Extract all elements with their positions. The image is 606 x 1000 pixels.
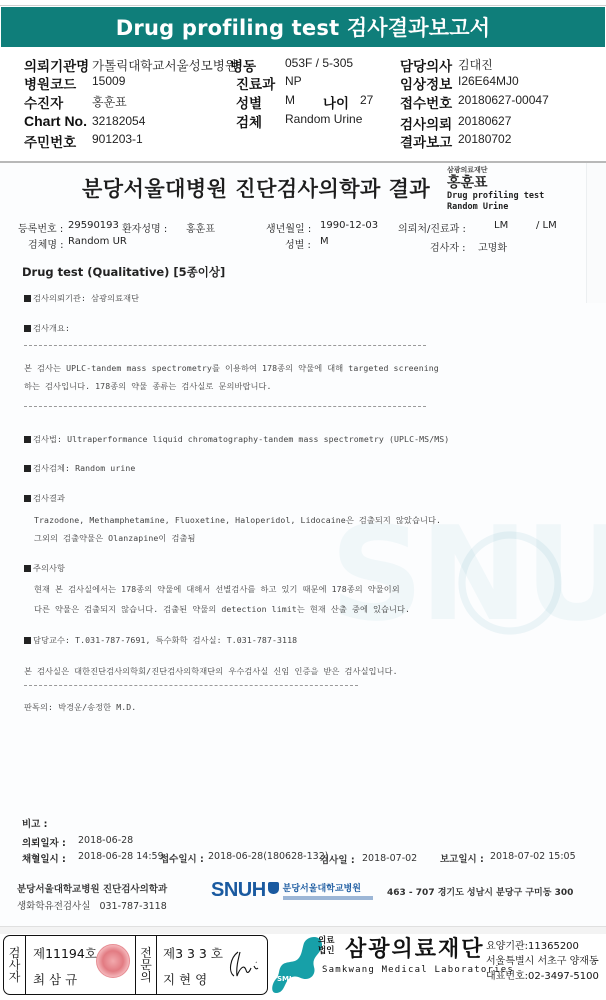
reg-no: 29590193 bbox=[68, 220, 119, 231]
patient-label: 수진자 bbox=[24, 92, 63, 112]
request-date-label: 의뢰일자 : bbox=[22, 838, 66, 849]
signature-box: 검 사 자 제11194호 최 삼 규 전 문 의 제3 3 3 호 지 현 영 bbox=[3, 935, 268, 995]
caution-heading: 주의사항 bbox=[24, 563, 65, 574]
dashed-divider bbox=[24, 685, 358, 686]
report-title: Drug profiling test 검사결과보고서 bbox=[116, 12, 490, 42]
tester-name: 최 삼 규 bbox=[33, 970, 77, 988]
receipt-no-label: 접수번호 bbox=[400, 92, 452, 112]
snuh-logo: SNUH 분당서울대학교병원 bbox=[211, 879, 373, 902]
dashed-divider bbox=[24, 406, 426, 407]
bullet-icon bbox=[24, 325, 31, 332]
result-report: 20180702 bbox=[458, 132, 511, 146]
overview-heading: 검사개요: bbox=[24, 323, 70, 334]
sample-stamp: 삼광의료재단 홍훈표 Drug profiling test Random Ur… bbox=[447, 165, 557, 213]
sml-phone: 대표번호:02-3497-5100 bbox=[486, 967, 599, 982]
report-time: 2018-07-02 15:05 bbox=[490, 851, 576, 862]
collection-time: 2018-06-28 14:59 bbox=[78, 851, 164, 862]
tester-vertical-label: 검 사 자 bbox=[4, 936, 26, 994]
footer-gap bbox=[0, 926, 606, 934]
report-title-bar: Drug profiling test 검사결과보고서 bbox=[1, 7, 605, 47]
snuh-emblem-icon bbox=[268, 882, 279, 894]
sex-label: 성별 bbox=[236, 92, 262, 112]
result-line-2: 그외의 검출약물은 Olanzapine이 검출됨 bbox=[34, 533, 196, 544]
collection-row: 채혈일시 : bbox=[22, 851, 66, 865]
hospital-code: 15009 bbox=[92, 74, 125, 88]
specimen-name: Random UR bbox=[68, 236, 127, 247]
doctor: 김대진 bbox=[458, 56, 493, 73]
test-request-label: 검사의뢰 bbox=[400, 113, 452, 133]
hospital-code-label: 병원코드 bbox=[24, 73, 76, 93]
certification-line: 본 검사실은 대한진단검사의학회/진단검사의학재단의 우수검사실 신임 인증을 … bbox=[24, 666, 398, 677]
ref-dept-2: / LM bbox=[536, 220, 557, 231]
section-title: Drug test (Qualitative) [5종이상] bbox=[22, 264, 225, 280]
overview-line-2: 하는 검사입니다. 178종의 약물 종류는 검사실로 문의바랍니다. bbox=[24, 381, 272, 392]
scan-edge bbox=[586, 163, 606, 303]
institution-line: 검사의뢰기관: 삼광의료재단 bbox=[24, 293, 139, 304]
result-heading: 검사결과 bbox=[24, 493, 65, 504]
report-sex: M bbox=[320, 236, 329, 247]
ward: 053F / 5-305 bbox=[285, 56, 353, 70]
bullet-icon bbox=[24, 465, 31, 472]
sml-address: 서울특별시 서초구 양재동 bbox=[486, 952, 599, 967]
chart-no-label: Chart No. bbox=[24, 113, 87, 129]
department: NP bbox=[285, 74, 302, 88]
scanned-report: SNUH 분당서울대병원 진단검사의학과 결과 삼광의료재단 홍훈표 Drug … bbox=[0, 163, 606, 926]
sml-care-code: 요양기관:11365200 bbox=[486, 937, 579, 952]
chart-no: 32182054 bbox=[92, 114, 145, 128]
specimen-label: 검체 bbox=[236, 111, 262, 131]
dob-label: 생년월일 : bbox=[266, 220, 311, 235]
dob: 1990-12-03 bbox=[320, 220, 378, 231]
stamp-specimen: Random Urine bbox=[447, 202, 557, 213]
receipt-time: 2018-06-28(180628-132) bbox=[208, 851, 328, 862]
result-report-label: 결과보고 bbox=[400, 131, 452, 151]
bullet-icon bbox=[24, 495, 31, 502]
patient-name-label: 환자성명 : bbox=[122, 220, 167, 235]
test-request: 20180627 bbox=[458, 114, 511, 128]
bullet-icon bbox=[24, 637, 31, 644]
stamp-name: 홍훈표 bbox=[447, 175, 557, 191]
department-label: 진료과 bbox=[236, 73, 275, 93]
reader-line: 판독의: 박경운/송정한 M.D. bbox=[24, 702, 136, 713]
age: 27 bbox=[360, 93, 373, 107]
ward-label: 병동 bbox=[230, 55, 256, 75]
bullet-icon bbox=[24, 565, 31, 572]
header-info: 의뢰기관명 가톨릭대학교서울성모병원 병동 053F / 5-305 담당의사 … bbox=[0, 50, 606, 150]
stamp-org: 삼광의료재단 bbox=[447, 165, 557, 175]
receipt-time-label: 접수일시 : bbox=[160, 851, 204, 865]
hospital-address: 463 - 707 경기도 성남시 분당구 구미동 300 bbox=[387, 885, 573, 898]
report-time-label: 보고일시 : bbox=[440, 851, 484, 865]
red-seal-stamp-icon bbox=[96, 944, 130, 978]
method-line: 검사법: Ultraperformance liquid chromatogra… bbox=[24, 434, 449, 445]
specimen-name-label: 검체명 : bbox=[28, 236, 64, 251]
sml-name: 삼광의료재단 bbox=[345, 932, 485, 963]
test-date: 2018-07-02 bbox=[362, 853, 417, 864]
resident-no-label: 주민번호 bbox=[24, 131, 76, 151]
sml-org-type: 의료 법인 bbox=[318, 936, 334, 956]
dashed-divider bbox=[24, 345, 426, 346]
collection-label: 채혈일시 : bbox=[22, 854, 66, 865]
specialist-license: 제3 3 3 호 bbox=[163, 944, 223, 962]
contact-line: 담당교수: T.031-787-7691, 특수화학 검사실: T.031-78… bbox=[24, 635, 297, 646]
stamp-test: Drug profiling test bbox=[447, 191, 557, 202]
specialist-vertical-label: 전 문 의 bbox=[135, 936, 157, 994]
specimen-line: 검사검체: Random urine bbox=[24, 463, 135, 474]
caution-line-2: 다른 약물은 검출되지 않습니다. 검출된 약물의 detection limi… bbox=[34, 604, 410, 615]
request-date: 2018-06-28 bbox=[78, 835, 133, 846]
requesting-institution: 가톨릭대학교서울성모병원 bbox=[92, 56, 237, 74]
ref-dept: LM bbox=[494, 220, 508, 231]
bullet-icon bbox=[24, 295, 31, 302]
request-date-row: 의뢰일자 : 2018-06-28 bbox=[22, 835, 66, 849]
snuh-english-name bbox=[283, 896, 373, 900]
patient-name: 홍훈표 bbox=[186, 220, 215, 235]
requesting-institution-label: 의뢰기관명 bbox=[24, 55, 89, 75]
age-label: 나이 bbox=[323, 92, 349, 112]
hospital-dept: 분당서울대학교병원 진단검사의학과 bbox=[17, 881, 167, 895]
caution-line-1: 현재 본 검사실에서는 178종의 약물에 대해서 선별검사를 하고 있기 때문… bbox=[34, 584, 400, 595]
report-hospital-title: 분당서울대병원 진단검사의학과 결과 bbox=[82, 173, 430, 203]
result-line-1: Trazodone, Methamphetamine, Fluoxetine, … bbox=[34, 515, 441, 526]
patient: 홍훈표 bbox=[92, 93, 127, 110]
top-border bbox=[0, 0, 606, 6]
report-sex-label: 성별 : bbox=[285, 236, 311, 251]
snuh-emblem-watermark-icon bbox=[450, 523, 570, 643]
clinical-info: I26E64MJ0 bbox=[458, 74, 519, 88]
doctor-label: 담당의사 bbox=[400, 55, 452, 75]
tester-license: 제11194호 bbox=[33, 944, 97, 962]
specimen: Random Urine bbox=[285, 112, 362, 126]
overview-line-1: 본 검사는 UPLC-tandem mass spectrometry를 이용하… bbox=[24, 363, 439, 374]
sex: M bbox=[285, 93, 295, 107]
remarks: 비고 : bbox=[22, 816, 47, 830]
svg-text:SML: SML bbox=[277, 975, 294, 983]
specialist-name: 지 현 영 bbox=[163, 970, 207, 988]
bullet-icon bbox=[24, 436, 31, 443]
reg-no-label: 등록번호 : bbox=[18, 220, 63, 235]
receipt-no: 20180627-00047 bbox=[458, 93, 549, 107]
ref-dept-label: 의뢰처/진료과 : bbox=[398, 220, 466, 235]
tester: 고명화 bbox=[478, 239, 507, 254]
signature-icon bbox=[226, 948, 262, 980]
hospital-lab: 생화학유전검사실 031-787-3118 bbox=[17, 898, 167, 912]
sml-logo-icon: SML bbox=[272, 935, 324, 997]
clinical-info-label: 임상정보 bbox=[400, 73, 452, 93]
test-date-label: 검사일 : bbox=[320, 852, 355, 866]
resident-no: 901203-1 bbox=[92, 132, 143, 146]
tester-label: 검사자 : bbox=[430, 239, 466, 254]
